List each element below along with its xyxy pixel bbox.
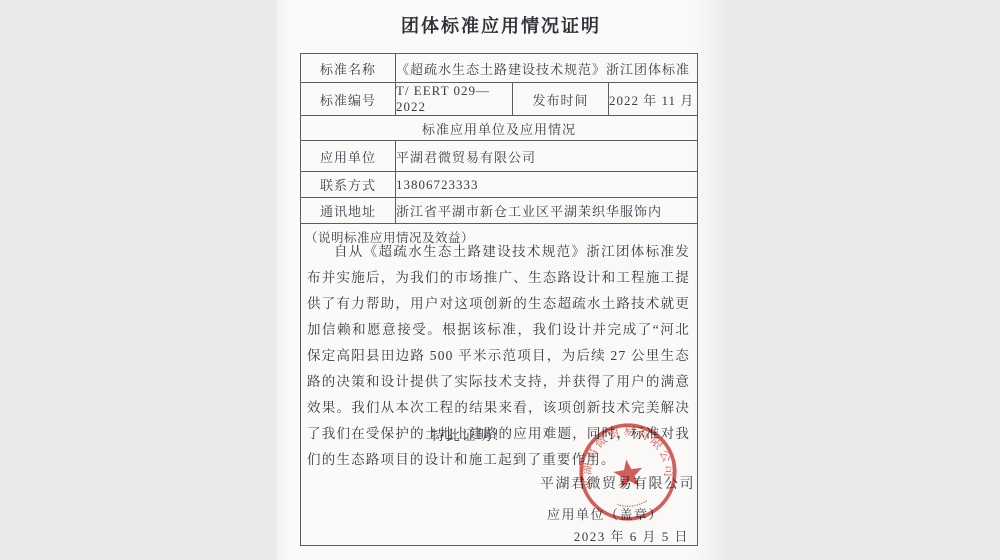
applying-unit-label: 应用单位 (301, 141, 396, 172)
contact-value: 13806723333 (396, 172, 698, 198)
document-title: 团体标准应用情况证明 (277, 12, 725, 38)
standard-name-value: 《超疏水生态土路建设技术规范》浙江团体标准 (396, 54, 698, 83)
certificate-table: 标准名称 《超疏水生态土路建设技术规范》浙江团体标准 标准编号 T/ EERT … (300, 53, 698, 546)
statement-closing: 特此证明！ (431, 424, 509, 444)
address-value: 浙江省平湖市新仓工业区平湖茉织华服饰内 (396, 198, 698, 224)
signature-date: 2023 年 6 月 5 日 (574, 526, 689, 545)
scanned-certificate-page: { "page": { "title": "团体标准应用情况证明" }, "ta… (0, 0, 1000, 560)
publish-date-label: 发布时间 (513, 83, 609, 116)
table-row-section-header: 标准应用单位及应用情况 (301, 116, 698, 141)
applying-unit-value: 平湖君微贸易有限公司 (396, 141, 698, 172)
table-row-statement: （说明标准应用情况及效益） 自从《超疏水生态土路建设技术规范》浙江团体标准发布并… (301, 224, 698, 546)
section-header: 标准应用单位及应用情况 (301, 116, 698, 141)
publish-date-value: 2022 年 11 月 (609, 83, 698, 116)
table-row-address: 通讯地址 浙江省平湖市新仓工业区平湖茉织华服饰内 (301, 198, 698, 224)
table-row-standard-number: 标准编号 T/ EERT 029—2022 发布时间 2022 年 11 月 (301, 83, 698, 116)
standard-number-value: T/ EERT 029—2022 (396, 83, 513, 116)
standard-number-label: 标准编号 (301, 83, 396, 116)
table-row-standard-name: 标准名称 《超疏水生态土路建设技术规范》浙江团体标准 (301, 54, 698, 83)
address-label: 通讯地址 (301, 198, 396, 224)
signature-seal-line: 应用单位（盖章） (547, 504, 663, 523)
signature-company: 平湖君微贸易有限公司 (540, 473, 695, 493)
table-row-applying-unit: 应用单位 平湖君微贸易有限公司 (301, 141, 698, 172)
statement-cell: （说明标准应用情况及效益） 自从《超疏水生态土路建设技术规范》浙江团体标准发布并… (301, 224, 698, 546)
standard-name-label: 标准名称 (301, 54, 396, 83)
table-row-contact: 联系方式 13806723333 (301, 172, 698, 198)
contact-label: 联系方式 (301, 172, 396, 198)
